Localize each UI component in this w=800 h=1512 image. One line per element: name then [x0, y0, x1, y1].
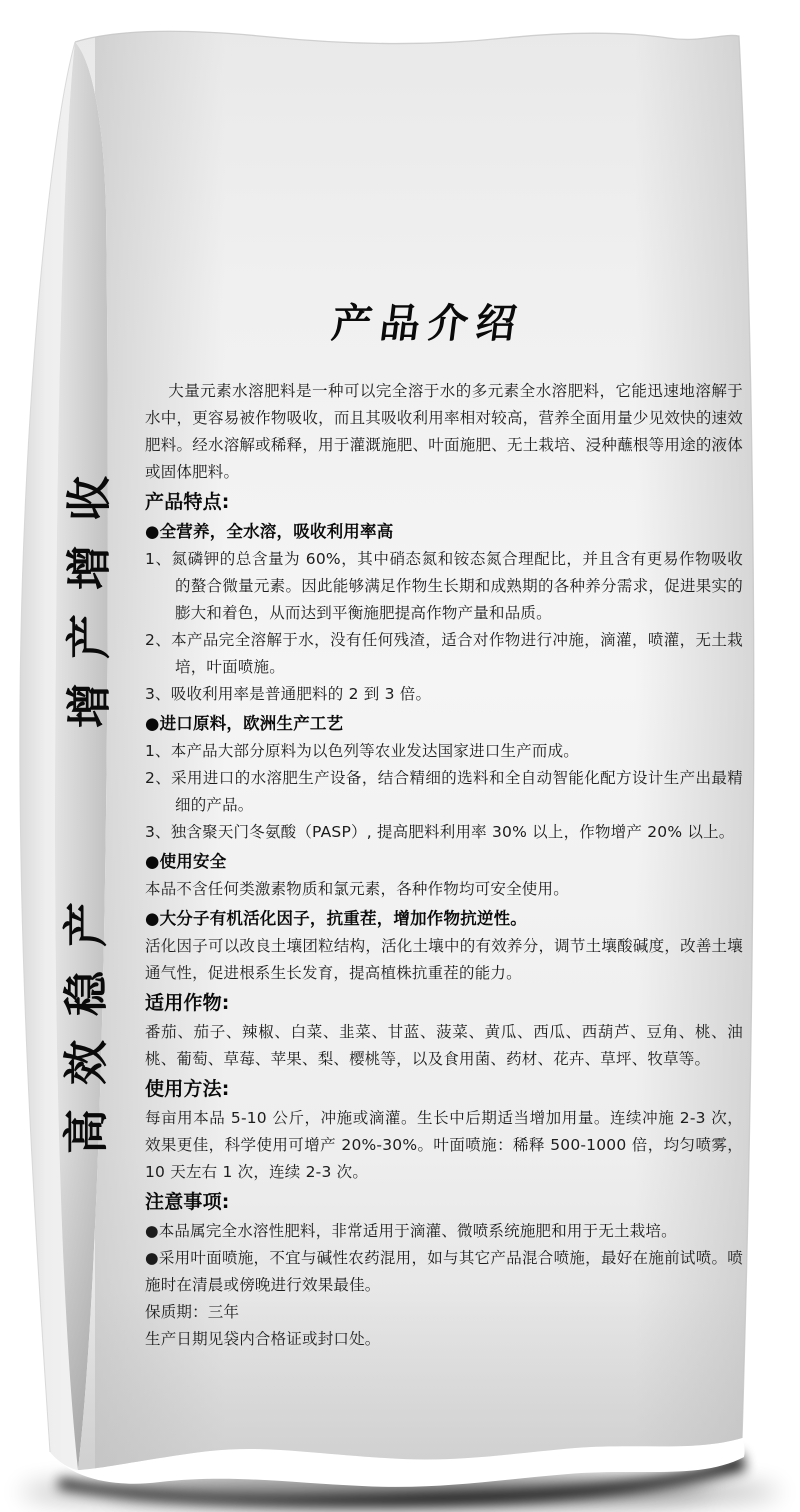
- text-block-li: 3、吸收利用率是普通肥料的 2 到 3 倍。: [145, 681, 743, 708]
- text-block-p: 活化因子可以改良土壤团粒结构，活化土壤中的有效养分，调节土壤酸碱度，改善土壤通气…: [145, 933, 743, 987]
- text-block-p: 大量元素水溶肥料是一种可以完全溶于水的多元素全水溶肥料，它能迅速地溶解于水中，更…: [145, 378, 743, 486]
- text-block-p: 番茄、茄子、辣椒、白菜、韭菜、甘蓝、菠菜、黄瓜、西瓜、西葫芦、豆角、桃、油桃、葡…: [145, 1019, 743, 1073]
- text-block-p: 生产日期见袋内合格证或封口处。: [145, 1326, 743, 1353]
- text-block-b: ●进口原料，欧洲生产工艺: [145, 710, 743, 737]
- text-block-li: 2、采用进口的水溶肥生产设备，结合精细的选料和全自动智能化配方设计生产出最精细的…: [145, 765, 743, 819]
- text-block-li: 1、本产品大部分原料为以色列等农业发达国家进口生产而成。: [145, 738, 743, 765]
- text-block-p: ●本品属完全水溶性肥料，非常适用于滴灌、微喷系统施肥和用于无土栽培。: [145, 1218, 743, 1245]
- page-title: 产品介绍: [126, 300, 730, 348]
- intro-text-blocks: 大量元素水溶肥料是一种可以完全溶于水的多元素全水溶肥料，它能迅速地溶解于水中，更…: [145, 378, 743, 1353]
- text-block-li: 2、本产品完全溶解于水，没有任何残渣，适合对作物进行冲施，滴灌，喷灌，无土栽培，…: [145, 627, 743, 681]
- text-block-p: 每亩用本品 5-10 公斤，冲施或滴灌。生长中后期适当增加用量。连续冲施 2-3…: [145, 1105, 743, 1186]
- text-block-p: 保质期：三年: [145, 1299, 743, 1326]
- text-block-p: ●采用叶面喷施，不宜与碱性农药混用，如与其它产品混合喷施，最好在施前试喷。喷施时…: [145, 1245, 743, 1299]
- side-slogan-bottom: 高效稳产: [64, 878, 109, 1154]
- text-block-h: 使用方法:: [145, 1076, 743, 1103]
- text-block-h: 适用作物:: [145, 990, 743, 1017]
- text-block-b: ●大分子有机活化因子，抗重茬，增加作物抗逆性。: [145, 905, 743, 932]
- side-slogan-top: 增产增收: [67, 452, 112, 728]
- text-block-h: 注意事项:: [145, 1189, 743, 1216]
- fertilizer-bag-back: 增产增收 高效稳产 产品介绍 大量元素水溶肥料是一种可以完全溶于水的多元素全水溶…: [0, 0, 800, 1512]
- text-block-li: 1、氮磷钾的总含量为 60%，其中硝态氮和铵态氮合理配比，并且含有更易作物吸收的…: [145, 546, 743, 627]
- text-block-b: ●全营养，全水溶，吸收利用率高: [145, 518, 743, 545]
- product-intro-panel: 产品介绍 大量元素水溶肥料是一种可以完全溶于水的多元素全水溶肥料，它能迅速地溶解…: [145, 300, 743, 1353]
- text-block-b: ●使用安全: [145, 848, 743, 875]
- text-block-h: 产品特点:: [145, 489, 743, 516]
- text-block-li: 3、独含聚天门冬氨酸（PASP）, 提高肥料利用率 30% 以上，作物增产 20…: [145, 819, 743, 846]
- text-block-p: 本品不含任何类激素物质和氯元素，各种作物均可安全使用。: [145, 876, 743, 903]
